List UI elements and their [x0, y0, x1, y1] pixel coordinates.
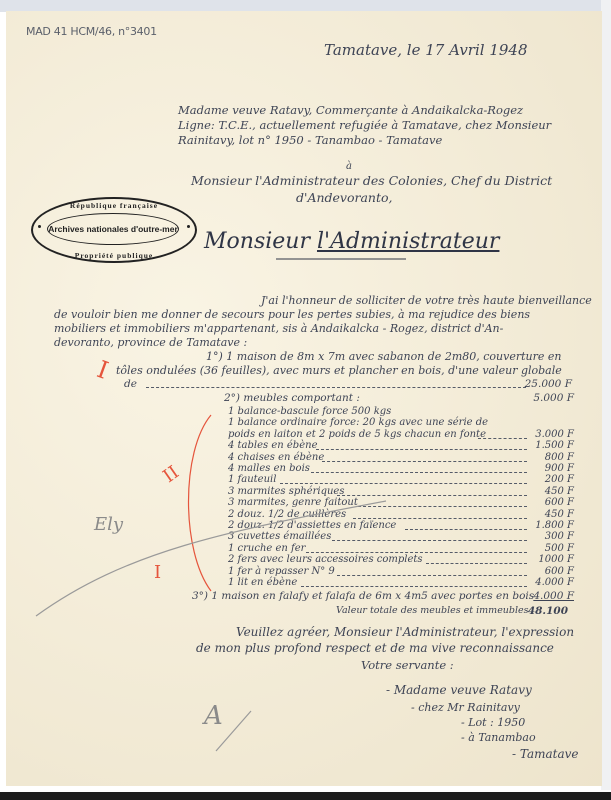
scan-bottom-edge — [0, 792, 611, 800]
annotation-strokes — [6, 11, 602, 786]
letter-page: MAD 41 HCM/46, n°3401 Tamatave, le 17 Av… — [6, 11, 602, 786]
scan-right-edge — [601, 0, 611, 790]
